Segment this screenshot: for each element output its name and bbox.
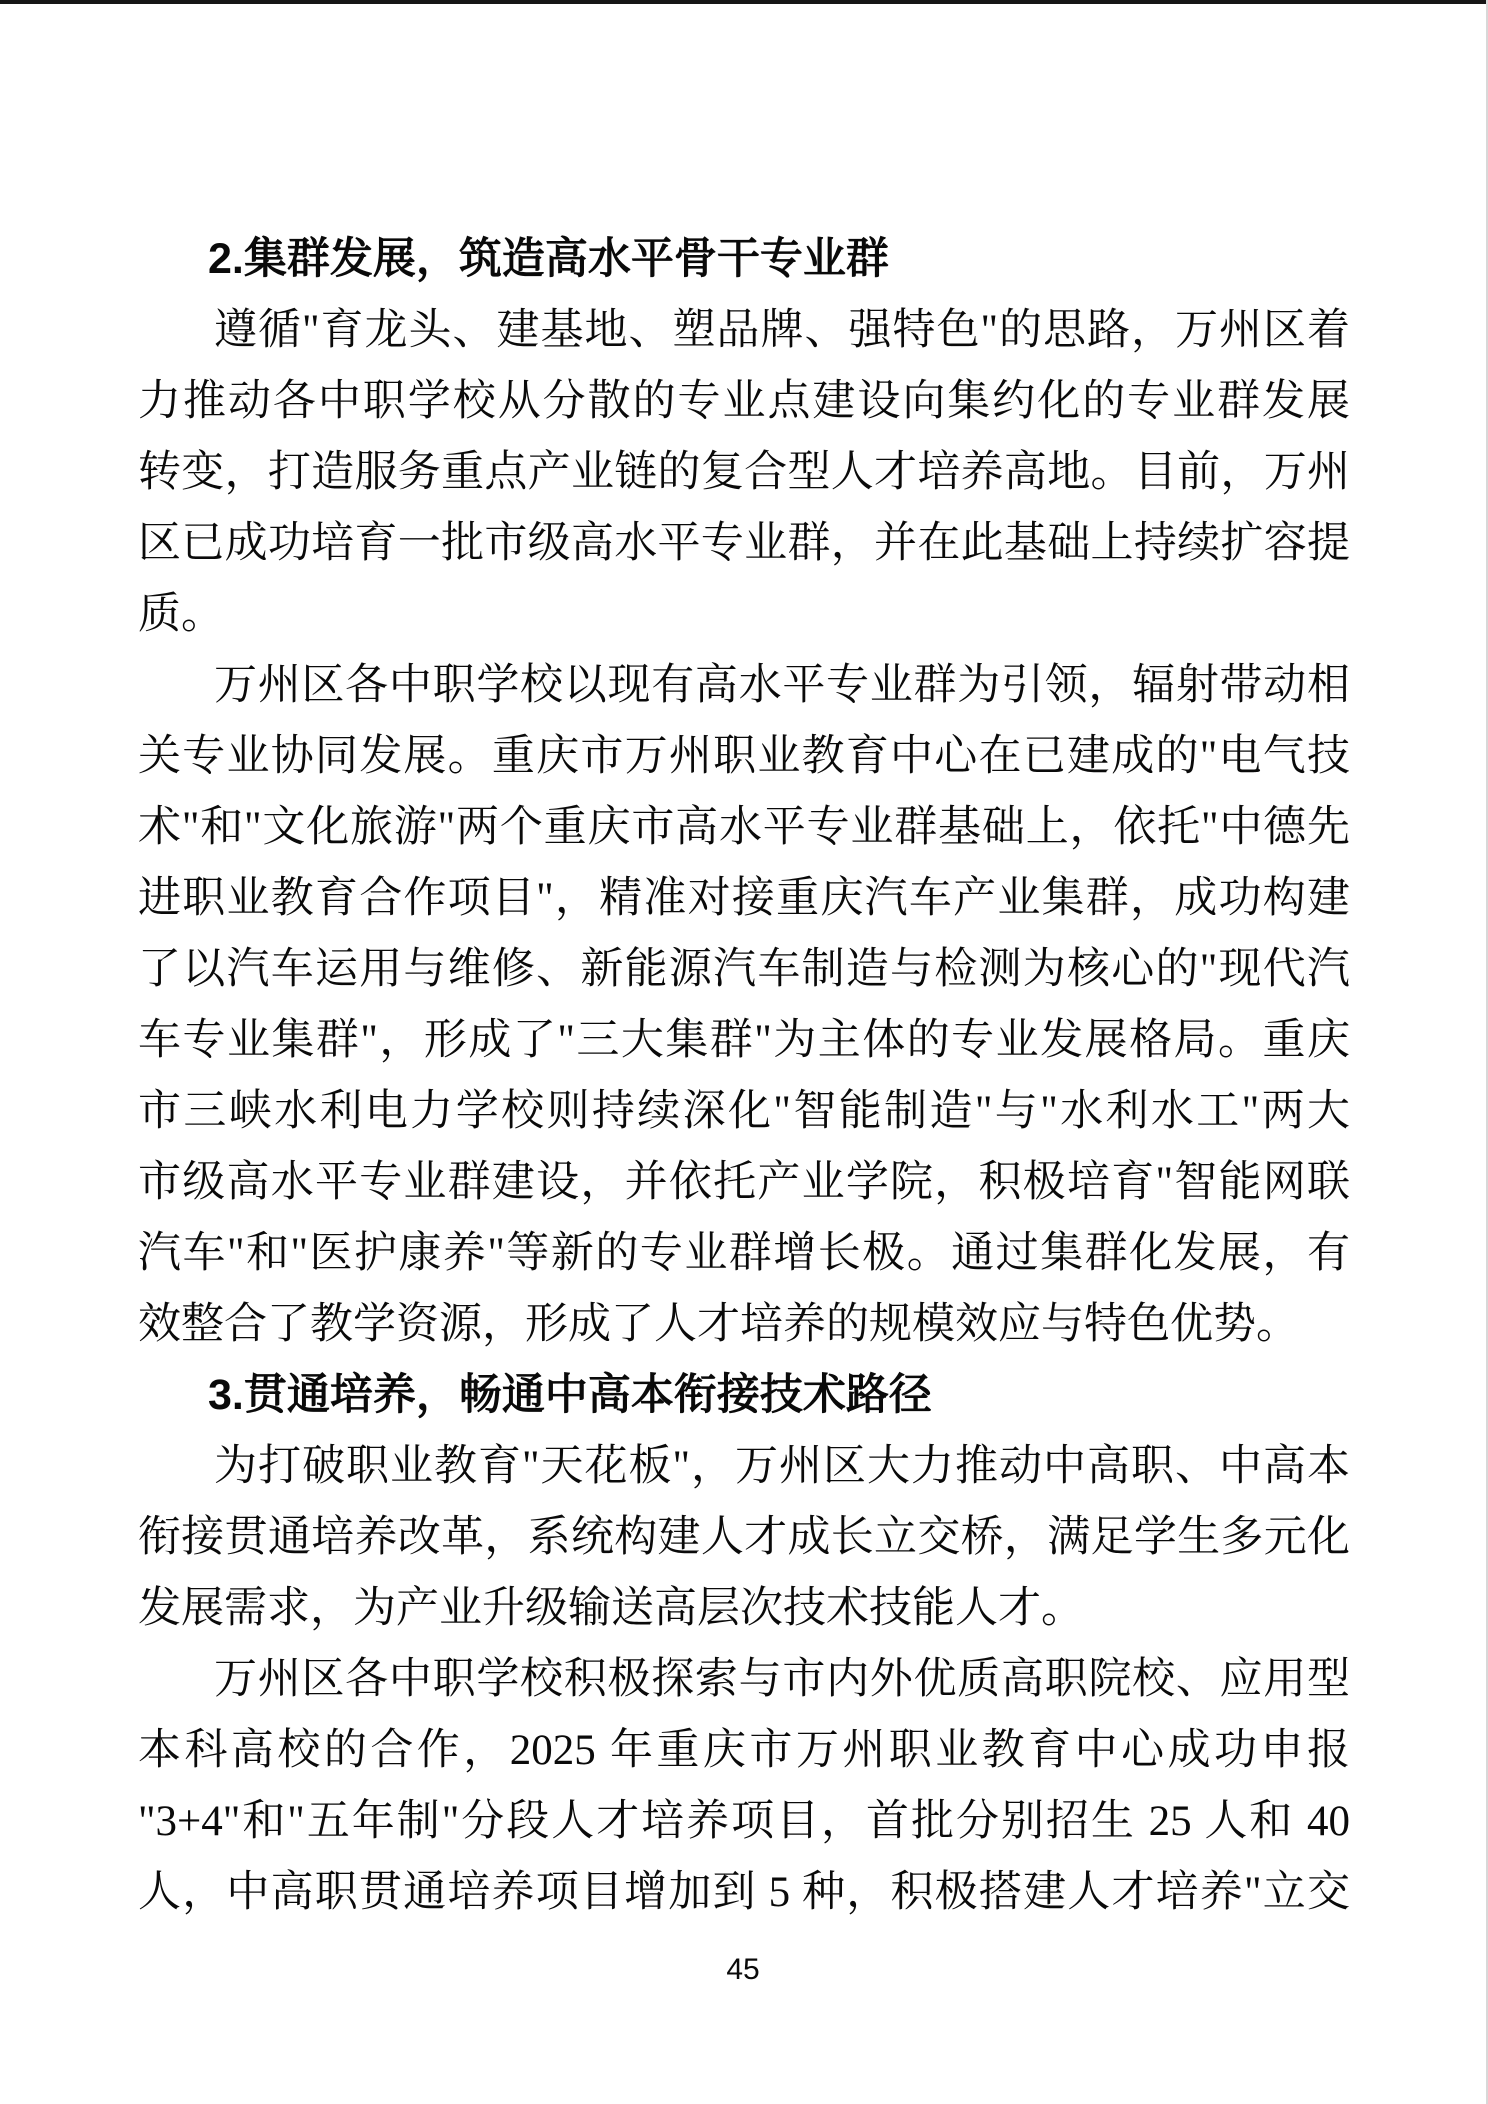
text-line: 遵循"育龙头、建基地、塑品牌、强特色"的思路，万州区着 [138, 295, 1350, 366]
page-number: 45 [0, 1946, 1486, 1994]
text-line: 进职业教育合作项目"，精准对接重庆汽车产业集群，成功构建 [138, 863, 1350, 934]
text-line: 效整合了教学资源，形成了人才培养的规模效应与特色优势。 [138, 1289, 1350, 1360]
document-page: 2.集群发展，筑造高水平骨干专业群 遵循"育龙头、建基地、塑品牌、强特色"的思路… [0, 0, 1488, 2104]
text-line: 车专业集群"，形成了"三大集群"为主体的专业发展格局。重庆 [138, 1005, 1350, 1076]
text-line: 发展需求，为产业升级输送高层次技术技能人才。 [138, 1573, 1350, 1644]
text-line: 力推动各中职学校从分散的专业点建设向集约化的专业群发展 [138, 366, 1350, 437]
text-line: 汽车"和"医护康养"等新的专业群增长极。通过集群化发展，有 [138, 1218, 1350, 1289]
text-line: 万州区各中职学校积极探索与市内外优质高职院校、应用型 [138, 1644, 1350, 1715]
text-line: 术"和"文化旅游"两个重庆市高水平专业群基础上，依托"中德先 [138, 792, 1350, 863]
text-line: 人，中高职贯通培养项目增加到 5 种，积极搭建人才培养"立交 [138, 1857, 1350, 1928]
text-line: 转变，打造服务重点产业链的复合型人才培养高地。目前，万州 [138, 437, 1350, 508]
text-line: 质。 [138, 579, 1350, 650]
top-edge-bar [0, 0, 1486, 4]
text-line: 衔接贯通培养改革，系统构建人才成长立交桥，满足学生多元化 [138, 1502, 1350, 1573]
text-line: 本科高校的合作，2025 年重庆市万州职业教育中心成功申报 [138, 1715, 1350, 1786]
text-line: 了以汽车运用与维修、新能源汽车制造与检测为核心的"现代汽 [138, 934, 1350, 1005]
text-line: 市级高水平专业群建设，并依托产业学院，积极培育"智能网联 [138, 1147, 1350, 1218]
text-line: 关专业协同发展。重庆市万州职业教育中心在已建成的"电气技 [138, 721, 1350, 792]
section-2-heading: 2.集群发展，筑造高水平骨干专业群 [138, 224, 1350, 295]
text-line: 为打破职业教育"天花板"，万州区大力推动中高职、中高本 [138, 1431, 1350, 1502]
text-line: 区已成功培育一批市级高水平专业群，并在此基础上持续扩容提 [138, 508, 1350, 579]
text-line: 万州区各中职学校以现有高水平专业群为引领，辐射带动相 [138, 650, 1350, 721]
text-line: "3+4"和"五年制"分段人才培养项目，首批分别招生 25 人和 40 [138, 1786, 1350, 1857]
text-line: 市三峡水利电力学校则持续深化"智能制造"与"水利水工"两大 [138, 1076, 1350, 1147]
section-3-heading: 3.贯通培养，畅通中高本衔接技术路径 [138, 1360, 1350, 1431]
document-content: 2.集群发展，筑造高水平骨干专业群 遵循"育龙头、建基地、塑品牌、强特色"的思路… [138, 224, 1350, 1928]
